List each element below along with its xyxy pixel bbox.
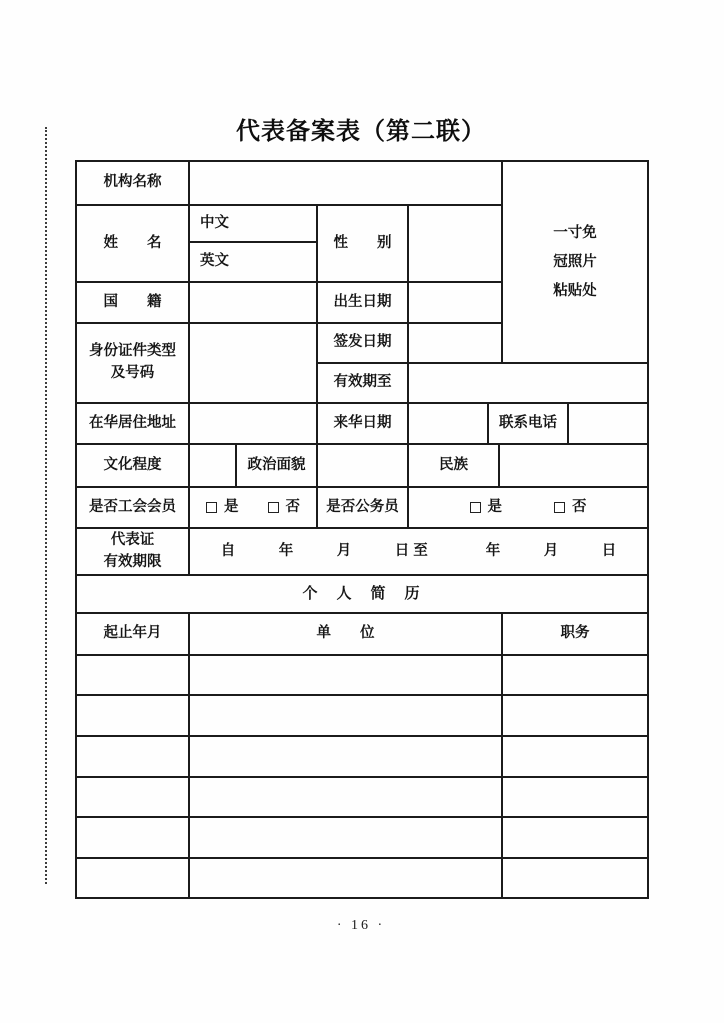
civil-servant-label: 是否公务员 xyxy=(317,487,408,528)
phone-label: 联系电话 xyxy=(488,403,568,444)
nationality-label: 国 籍 xyxy=(76,282,189,323)
union-member-label: 是否工会会员 xyxy=(76,487,189,528)
resume-position-cell xyxy=(502,858,648,898)
binding-dotted-line xyxy=(45,127,47,884)
education-label: 文化程度 xyxy=(76,444,189,487)
org-name-field xyxy=(189,161,502,205)
org-name-label: 机构名称 xyxy=(76,161,189,205)
civil-yes-label: 是 xyxy=(488,497,503,519)
page-number: · 16 · xyxy=(75,918,647,934)
resume-org-header: 单 位 xyxy=(189,613,502,655)
civil-no-label: 否 xyxy=(572,497,587,519)
rep-card-validity-label: 代表证 有效期限 xyxy=(76,528,189,575)
civil-servant-options: 是 否 xyxy=(408,487,648,528)
valid-until-label: 有效期至 xyxy=(317,363,408,403)
union-yes-label: 是 xyxy=(224,497,239,519)
resume-period-cell xyxy=(76,736,189,777)
page-title: 代表备案表（第二联） xyxy=(75,111,647,146)
birth-date-label: 出生日期 xyxy=(317,282,408,323)
resume-position-cell xyxy=(502,817,648,858)
ethnicity-label: 民族 xyxy=(408,444,499,487)
civil-no-option: 否 xyxy=(554,497,587,519)
resume-org-cell xyxy=(189,695,502,736)
name-en-field: 英文 xyxy=(189,242,317,282)
valid-until-field xyxy=(408,363,648,403)
issue-date-field xyxy=(408,323,502,363)
resume-org-cell xyxy=(189,655,502,695)
resume-period-cell xyxy=(76,817,189,858)
nationality-field xyxy=(189,282,317,323)
checkbox-icon xyxy=(554,502,565,513)
resume-period-cell xyxy=(76,655,189,695)
photo-paste-area: 一寸免 冠照片 粘贴处 xyxy=(502,161,648,363)
union-yes-option: 是 xyxy=(206,497,239,519)
resume-org-cell xyxy=(189,858,502,898)
resume-position-cell xyxy=(502,695,648,736)
cn-address-field xyxy=(189,403,317,444)
resume-period-cell xyxy=(76,777,189,817)
resume-period-header: 起止年月 xyxy=(76,613,189,655)
registration-form-table: 机构名称 一寸免 冠照片 粘贴处 姓 名 中文 英文 性 别 国 籍 出生日期 … xyxy=(75,160,649,899)
union-no-option: 否 xyxy=(268,497,301,519)
gender-field xyxy=(408,205,502,282)
birth-date-field xyxy=(408,282,502,323)
resume-section-title: 个 人 简 历 xyxy=(76,575,648,613)
resume-position-cell xyxy=(502,655,648,695)
document-page: 代表备案表（第二联） 机构名称 一寸免 冠照片 粘贴处 姓 名 中文 英文 性 … xyxy=(0,0,724,1023)
political-status-label: 政治面貌 xyxy=(236,444,317,487)
id-doc-field xyxy=(189,323,317,403)
rep-card-validity-field: 自 年 月 日 至 年 月 日 xyxy=(189,528,648,575)
civil-yes-option: 是 xyxy=(470,497,503,519)
name-label: 姓 名 xyxy=(76,205,189,282)
checkbox-icon xyxy=(268,502,279,513)
resume-position-header: 职务 xyxy=(502,613,648,655)
id-doc-label: 身份证件类型 及号码 xyxy=(76,323,189,403)
union-no-label: 否 xyxy=(286,497,301,519)
name-cn-field: 中文 xyxy=(189,205,317,242)
resume-position-cell xyxy=(502,777,648,817)
resume-position-cell xyxy=(502,736,648,777)
issue-date-label: 签发日期 xyxy=(317,323,408,363)
resume-org-cell xyxy=(189,736,502,777)
gender-label: 性 别 xyxy=(317,205,408,282)
ethnicity-field xyxy=(499,444,648,487)
cn-address-label: 在华居住地址 xyxy=(76,403,189,444)
resume-org-cell xyxy=(189,817,502,858)
union-member-options: 是 否 xyxy=(189,487,317,528)
resume-period-cell xyxy=(76,695,189,736)
political-status-field xyxy=(317,444,408,487)
resume-org-cell xyxy=(189,777,502,817)
education-field xyxy=(189,444,236,487)
resume-period-cell xyxy=(76,858,189,898)
phone-field xyxy=(568,403,648,444)
arrival-date-field xyxy=(408,403,488,444)
checkbox-icon xyxy=(206,502,217,513)
checkbox-icon xyxy=(470,502,481,513)
arrival-date-label: 来华日期 xyxy=(317,403,408,444)
